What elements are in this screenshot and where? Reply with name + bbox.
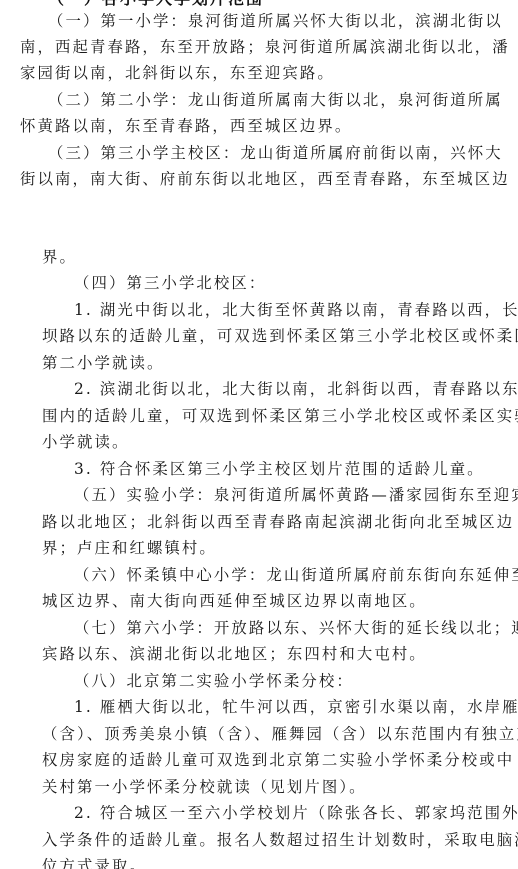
paragraph-line: 2. 符合城区一至六小学校划片（除张各长、郭家坞范围外） [74, 803, 518, 823]
paragraph-line: 界；卢庄和红螺镇村。 [42, 538, 217, 558]
paragraph-line: 南，西起青春路，东至开放路；泉河街道所属滨湖北街以北，潘 [20, 37, 510, 57]
paragraph-line: （七）第六小学：开放路以东、兴怀大街的延长线以北；迎 [74, 618, 518, 638]
paragraph-line: （四）第三小学北校区： [74, 273, 266, 293]
paragraph-line: 入学条件的适龄儿童。报名人数超过招生计划数时，采取电脑派 [42, 830, 518, 850]
paragraph-line: （八）北京第二实验小学怀柔分校： [74, 671, 354, 691]
paragraph-line: 路以北地区；北斜街以西至青春路南起滨湖北街向北至城区边 [42, 512, 514, 532]
paragraph-line: 位方式录取。 [42, 856, 147, 869]
paragraph-line: 宾路以东、滨湖北街以北地区；东四村和大屯村。 [42, 644, 427, 664]
paragraph-line: （三）第三小学主校区：龙山街道所属府前街以南，兴怀大 [48, 143, 503, 163]
paragraph-line: 坝路以东的适龄儿童，可双选到怀柔区第三小学北校区或怀柔区 [42, 326, 518, 346]
paragraph-line: 权房家庭的适龄儿童可双选到北京第二实验小学怀柔分校或中 [42, 750, 514, 770]
paragraph-line: 街以南，南大街、府前东街以北地区，西至青春路，东至城区边 [20, 169, 510, 189]
paragraph-line: 2. 滨湖北街以北，北大街以南，北斜街以西，青春路以东范 [74, 379, 518, 399]
paragraph-line: 3. 符合怀柔区第三小学主校区划片范围的适龄儿童。 [74, 459, 485, 479]
paragraph-line: 1. 雁栖大街以北，牤牛河以西，京密引水渠以南，水岸雁栖 [74, 697, 518, 717]
paragraph-line: 家园街以南，北斜街以东，东至迎宾路。 [20, 63, 335, 83]
paragraph-line: 小学就读。 [42, 432, 129, 452]
paragraph-line: 怀黄路以南，东至青春路，西至城区边界。 [20, 116, 352, 136]
paragraph-line: （含）、顶秀美泉小镇（含）、雁舞园（含）以东范围内有独立产 [42, 724, 518, 744]
section-heading-cropped: （一）各小学入学划片范围 [48, 0, 264, 9]
paragraph-line: （六）怀柔镇中心小学：龙山街道所属府前东街向东延伸至 [74, 565, 518, 585]
paragraph-line: 围内的适龄儿童，可双选到怀柔区第三小学北校区或怀柔区实验 [42, 406, 518, 426]
paragraph-line: （一）第一小学：泉河街道所属兴怀大街以北，滨湖北街以 [48, 11, 503, 31]
paragraph-line: 1. 湖光中街以北，北大街至怀黄路以南，青春路以西，长副 [74, 300, 518, 320]
paragraph-line: （二）第二小学：龙山街道所属南大街以北，泉河街道所属 [48, 90, 503, 110]
paragraph-line: 关村第一小学怀柔分校就读（见划片图）。 [42, 777, 367, 797]
paragraph-line: 第二小学就读。 [42, 353, 164, 373]
paragraph-line: 城区边界、南大街向西延伸至城区边界以南地区。 [42, 591, 427, 611]
paragraph-line: （五）实验小学：泉河街道所属怀黄路—潘家园街东至迎宾 [74, 485, 518, 505]
paragraph-line: 界。 [42, 247, 77, 267]
